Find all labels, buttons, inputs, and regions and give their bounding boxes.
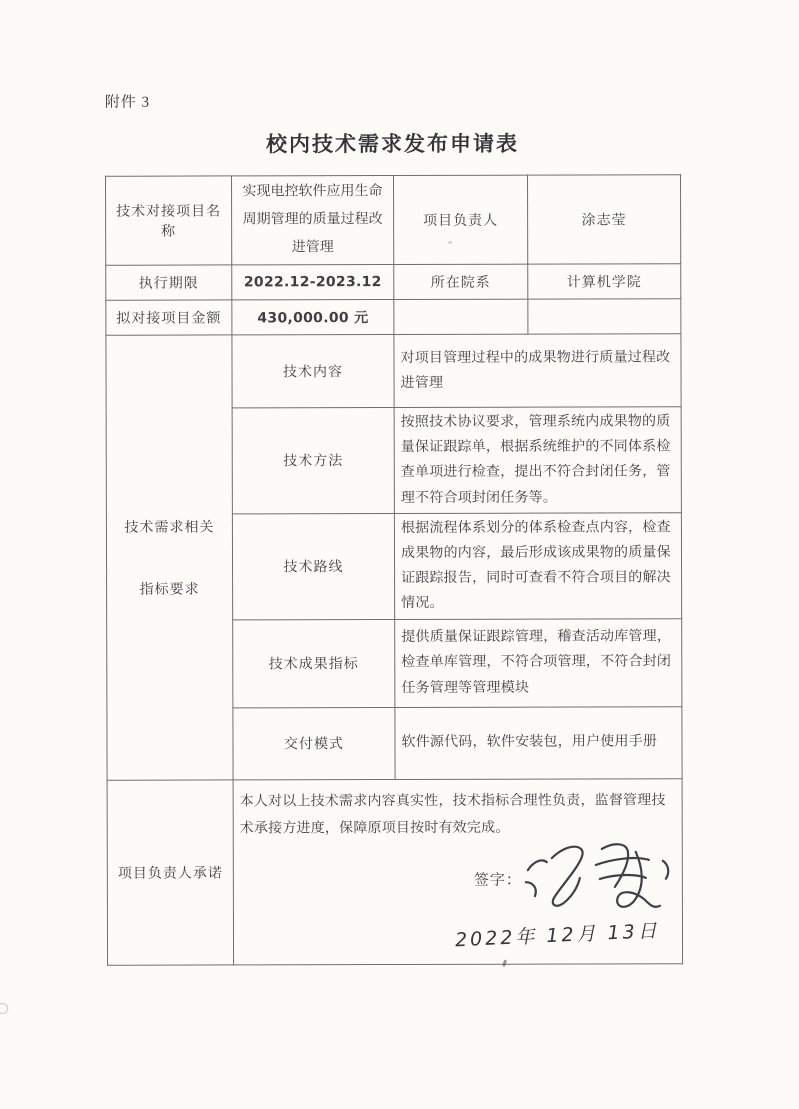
commitment-cell: 本人对以上技术需求内容真实性，技术指标合理性负责，监督管理技术承接方进度，保障原…: [233, 778, 682, 964]
tech-route-label: 技术路线: [232, 513, 394, 619]
requirements-side-label-line1: 技术需求相关: [124, 516, 214, 536]
project-leader-value: 涂志莹: [528, 175, 681, 264]
table-row: 技术对接项目名称 实现电控软件应用生命周期管理的质量过程改进管理 项目负责人 涂…: [106, 175, 681, 266]
attachment-label: 附件 3: [105, 91, 150, 112]
delivery-mode-value: 软件源代码，软件安装包，用户使用手册: [395, 706, 682, 779]
table-row: 技术需求相关 指标要求 技术内容 对项目管理过程中的成果物进行质量过程改进管理: [106, 334, 681, 409]
empty-cell: [394, 299, 528, 334]
execution-period-label: 执行期限: [106, 265, 232, 300]
signature-handwriting: [524, 833, 674, 921]
scan-artifact-dot: [448, 241, 452, 244]
delivery-mode-label: 交付模式: [233, 707, 395, 779]
project-name-value: 实现电控软件应用生命周期管理的质量过程改进管理: [232, 176, 394, 265]
department-value: 计算机学院: [528, 264, 681, 299]
signature-label: 签字：: [474, 866, 522, 895]
page-title: 校内技术需求发布申请表: [105, 127, 680, 159]
tech-result-value: 提供质量保证跟踪管理，稽查活动库管理，检查单库管理，不符合项管理，不符合封闭任务…: [395, 618, 682, 707]
scanned-page: 附件 3 校内技术需求发布申请表 技术对接项目名称 实现电控软件应用生命周期管理…: [0, 0, 799, 1109]
signature-date: 2022年 12月 13日: [454, 913, 660, 959]
tech-result-label: 技术成果指标: [233, 619, 395, 707]
execution-period-value: 2022.12-2023.12: [232, 265, 394, 300]
commitment-label: 项目负责人承诺: [107, 779, 233, 964]
tech-method-value: 按照技术协议要求，管理系统内成果物的质量保证跟踪单，根据系统维护的不同体系检查单…: [394, 407, 681, 514]
tech-content-label: 技术内容: [232, 335, 394, 408]
empty-cell: [528, 299, 681, 334]
table-row: 执行期限 2022.12-2023.12 所在院系 计算机学院: [106, 264, 681, 301]
tech-route-value: 根据流程体系划分的体系检查点内容，检查成果物的内容，最后形成该成果物的质量保证跟…: [394, 513, 681, 620]
application-table: 技术对接项目名称 实现电控软件应用生命周期管理的质量过程改进管理 项目负责人 涂…: [105, 174, 683, 965]
scan-artifact-curl: [0, 1003, 8, 1014]
project-name-label: 技术对接项目名称: [106, 176, 232, 265]
tech-content-value: 对项目管理过程中的成果物进行质量过程改进管理: [394, 334, 681, 408]
department-label: 所在院系: [394, 264, 528, 299]
requirements-side-label: 技术需求相关 指标要求: [106, 335, 233, 780]
project-amount-value: 430,000.00 元: [232, 300, 394, 335]
requirements-side-label-line2: 指标要求: [140, 578, 200, 598]
project-leader-label: 项目负责人: [394, 175, 528, 264]
project-amount-label: 拟对接项目金额: [106, 300, 232, 335]
table-row: 项目负责人承诺 本人对以上技术需求内容真实性，技术指标合理性负责，监督管理技术承…: [107, 778, 682, 965]
tech-method-label: 技术方法: [232, 408, 394, 514]
table-row: 拟对接项目金额 430,000.00 元: [106, 299, 681, 336]
signature-row: 签字：: [240, 858, 676, 905]
signature-date-row: 2022年 12月 13日: [240, 918, 676, 956]
